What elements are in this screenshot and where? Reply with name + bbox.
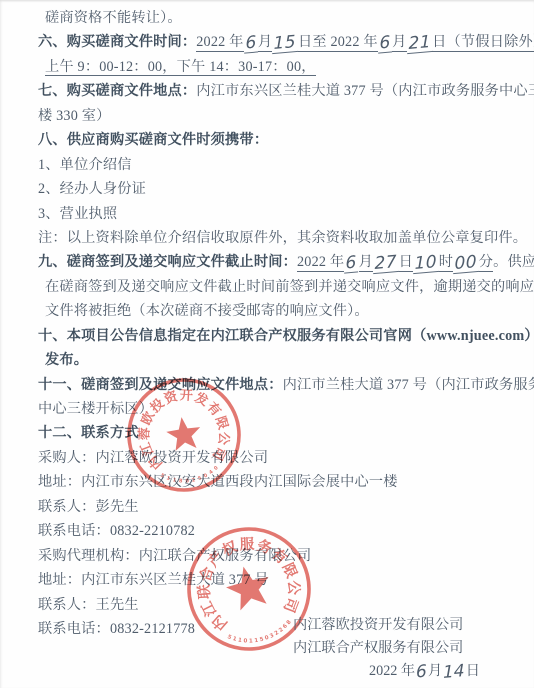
handwritten-value: 15 [272,34,298,54]
doc-line: 3、营业执照 [38,202,524,226]
doc-line: 九、磋商签到及递交响应文件截止时间：2022 年6月27日10时00分。供应商应 [38,250,524,274]
text-segment: 3、营业执照 [38,206,117,222]
handwritten-value: 6 [243,35,258,54]
doc-line: 七、购买磋商文件地点：内江市东兴区兰桂大道 377 号（内江市政务服务中心三 [38,79,524,103]
text-segment: 中心三楼开标区） [38,401,153,417]
doc-line: 十、本项目公告信息指定在内江联合产权服务有限公司官网（www.njuee.com… [38,324,524,348]
text-segment: 内江市兰桂大道 377 号（内江市政务服务 [283,377,534,393]
text-segment: 2、经办人身份证 [38,181,146,197]
text-segment: 日 [399,254,413,272]
text-segment: 采购人：内江蓉欧投资开发有限公司 [38,450,268,466]
text-segment: 地址：内江市东兴区汉安大道西段内江国际会展中心一楼 [38,474,398,490]
text-segment: 内江市东兴区兰桂大道 377 号（内江市政务服务中心三 [196,83,534,99]
handwritten-value: 27 [373,254,399,274]
text-segment: 1、单位介绍信 [38,157,132,173]
text-segment: 分 [479,254,493,272]
doc-line: 八、供应商购买磋商文件时须携带： [38,128,524,152]
signature-date-month-label: 月 [428,663,442,679]
handwritten-value: 00 [453,254,479,274]
text-segment: 联系电话：0832-2210782 [38,523,195,539]
doc-line: 2、经办人身份证 [38,177,524,201]
text-segment: 在磋商签到及递交响应文件截止时间前签到并递交响应文件，逾期递交的响应 [45,279,534,295]
text-segment: 十二、联系方式 [38,425,139,441]
doc-line: 联系电话：0832-2210782 [38,519,524,543]
text-segment: 2022 年 [297,254,344,272]
text-segment: 九、磋商签到及递交响应文件截止时间： [38,254,297,270]
doc-line: 采购代理机构：内江联合产权服务有限公司 [38,544,524,568]
doc-line: 楼 330 室） [38,104,524,128]
text-segment: 七、购买磋商文件地点： [38,83,196,99]
text-segment: 十一、磋商签到及递交响应文件地点： [38,377,283,393]
doc-line: 在磋商签到及递交响应文件截止时间前签到并递交响应文件，逾期递交的响应 [38,275,524,299]
handwritten-value: 21 [406,34,432,54]
text-segment: 楼 330 室） [38,108,111,124]
text-segment: 联系人：彭先生 [38,499,139,515]
document-lines: 磋商资格不能转让）。六、购买磋商文件时间：2022 年6月15日至 2022 年… [38,6,524,641]
text-segment: 联系人：王先生 [38,597,139,613]
text-segment: 十、本项目公告信息指定在内江联合产权服务有限公司官网（www.njuee.com… [38,328,534,344]
signature-company-1: 内江蓉欧投资开发有限公司 [293,614,480,637]
signature-block: 内江蓉欧投资开发有限公司 内江联合产权服务有限公司 2022 年6月14日 [293,614,480,684]
text-segment: 六、购买磋商文件时间： [38,34,196,50]
doc-line: 磋商资格不能转让）。 [38,6,524,30]
doc-line: 文件将被拒绝（本次磋商不接受邮寄的响应文件）。 [38,299,524,323]
text-segment: 月 [392,34,406,52]
doc-line: 1、单位介绍信 [38,153,524,177]
text-segment: 八、供应商购买磋商文件时须携带： [38,132,268,148]
doc-line: 发布。 [38,348,524,372]
doc-line: 地址：内江市东兴区兰桂大道 377 号 [38,568,524,592]
doc-line: 十一、磋商签到及递交响应文件地点：内江市兰桂大道 377 号（内江市政务服务 [38,373,524,397]
text-segment: 采购代理机构：内江联合产权服务有限公司 [38,548,311,564]
doc-line: 上午 9：00-12：00，下午 14：30-17：00， [38,55,524,79]
text-segment: 日（节假日除外）， [432,34,534,52]
handwritten-value: 10 [413,254,439,274]
doc-line: 十二、联系方式 [38,421,524,445]
text-segment: 2022 年 [196,34,243,52]
text-segment: 月 [359,254,373,272]
doc-line: 注：以上资料除单位介绍信收取原件外，其余资料收取加盖单位公章复印件。 [38,226,524,250]
text-segment: 上午 9：00-12：00，下午 14：30-17：00， [45,59,316,77]
doc-line: 采购人：内江蓉欧投资开发有限公司 [38,446,524,470]
signature-date: 2022 年6月14日 [369,660,480,683]
text-segment: 。供应商应 [493,254,534,270]
doc-line: 中心三楼开标区） [38,397,524,421]
text-segment: 磋商资格不能转让）。 [45,10,182,26]
handwritten-value: 6 [378,35,393,54]
text-segment: 地址：内江市东兴区兰桂大道 377 号 [38,572,269,588]
text-segment: 联系电话：0832-2121778 [38,621,195,637]
doc-line: 联系人：彭先生 [38,495,524,519]
signature-date-day-handwritten: 14 [442,663,466,682]
text-segment: 发布。 [45,352,88,368]
text-segment: 时 [439,254,453,272]
signature-date-prefix: 2022 年 [369,663,415,679]
signature-date-month-handwritten: 6 [415,664,428,682]
text-segment: 日至 2022 年 [298,34,378,52]
handwritten-value: 6 [344,255,359,274]
signature-company-2: 内江联合产权服务有限公司 [293,637,480,660]
text-segment: 注：以上资料除单位介绍信收取原件外，其余资料收取加盖单位公章复印件。 [38,230,527,246]
doc-line: 六、购买磋商文件时间：2022 年6月15日至 2022 年6月21日（节假日除… [38,30,524,54]
text-segment: 月 [258,34,272,52]
text-segment: 文件将被拒绝（本次磋商不接受邮寄的响应文件）。 [45,303,369,319]
signature-date-day-label: 日 [466,663,480,679]
doc-line: 地址：内江市东兴区汉安大道西段内江国际会展中心一楼 [38,470,524,494]
scanned-document-page: 磋商资格不能转让）。六、购买磋商文件时间：2022 年6月15日至 2022 年… [0,0,534,688]
